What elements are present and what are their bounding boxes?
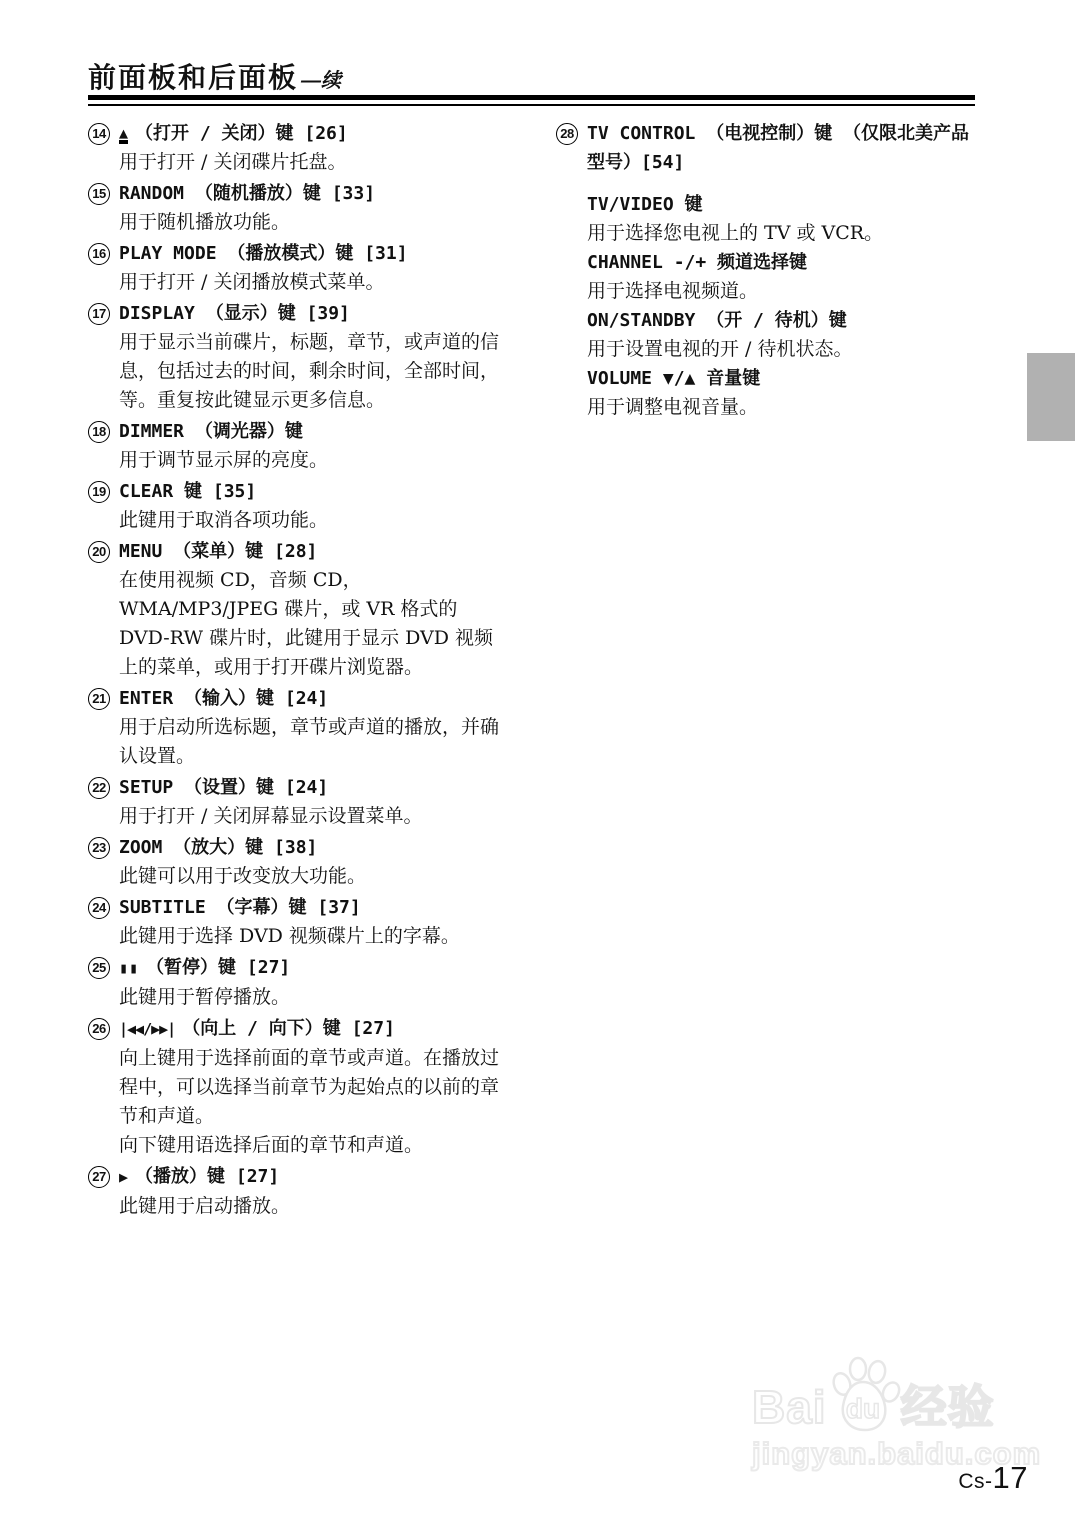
key-title: |◀◀/▶▶|（向上 / 向下）键 [27]: [119, 1014, 512, 1044]
sub-key: CHANNEL -/+ 频道选择键 用于选择电视频道。: [587, 248, 980, 306]
sub-key-description: 用于选择电视频道。: [587, 277, 980, 306]
key-item: 25 ▮▮（暂停）键 [27] 此键用于暂停播放。: [88, 953, 512, 1012]
page-title: 前面板和后面板—续: [88, 56, 341, 96]
key-description: 用于打开 / 关闭播放模式菜单。: [119, 268, 512, 297]
key-item: 24 SUBTITLE （字幕）键 [37] 此键用于选择 DVD 视频碟片上的…: [88, 893, 512, 951]
key-title: ENTER （输入）键 [24]: [119, 684, 512, 713]
key-description: 向下键用语选择后面的章节和声道。: [119, 1131, 512, 1160]
header-rule-thin: [88, 104, 975, 106]
page-number-prefix: Cs-: [958, 1470, 992, 1494]
key-title-text: DISPLAY （显示）键 [39]: [119, 303, 350, 324]
item-number-badge: 23: [88, 837, 110, 859]
baidu-logo: Bai du 经验: [752, 1356, 1042, 1430]
key-title: SUBTITLE （字幕）键 [37]: [119, 893, 512, 922]
key-title-text: RANDOM （随机播放）键 [33]: [119, 183, 375, 204]
key-title: MENU （菜单）键 [28]: [119, 537, 512, 566]
item-number-badge: 21: [88, 688, 110, 710]
key-title-text: DIMMER （调光器）键: [119, 421, 303, 442]
key-title: ▮▮（暂停）键 [27]: [119, 953, 512, 983]
page-number: Cs- 17: [958, 1460, 1028, 1496]
key-item: 15 RANDOM （随机播放）键 [33] 用于随机播放功能。: [88, 179, 512, 237]
key-title-text: CLEAR 键 [35]: [119, 481, 256, 502]
key-item: 16 PLAY MODE （播放模式）键 [31] 用于打开 / 关闭播放模式菜…: [88, 239, 512, 297]
key-item: 14 ▲（打开 / 关闭）键 [26] 用于打开 / 关闭碟片托盘。: [88, 119, 512, 177]
sub-key: ON/STANDBY （开 / 待机）键 用于设置电视的开 / 待机状态。: [587, 306, 980, 364]
key-item-body: SETUP （设置）键 [24] 用于打开 / 关闭屏幕显示设置菜单。: [119, 773, 512, 831]
page-number-value: 17: [993, 1460, 1028, 1496]
key-item-body: ▲（打开 / 关闭）键 [26] 用于打开 / 关闭碟片托盘。: [119, 119, 512, 177]
item-number-badge: 24: [88, 897, 110, 919]
key-item-body: DISPLAY （显示）键 [39] 用于显示当前碟片，标题，章节，或声道的信息…: [119, 299, 512, 415]
item-number-badge: 15: [88, 183, 110, 205]
sub-key-title: VOLUME ▼/▲ 音量键: [587, 364, 980, 393]
baidu-logo-cn: 经验: [901, 1384, 995, 1430]
key-title: DIMMER （调光器）键: [119, 417, 512, 446]
header-rule-thick: [88, 95, 975, 100]
key-item: 20 MENU （菜单）键 [28] 在使用视频 CD，音频 CD，WMA/MP…: [88, 537, 512, 682]
key-title: TV CONTROL （电视控制）键 （仅限北美产品型号）[54]: [587, 119, 980, 177]
item-number-badge: 19: [88, 481, 110, 503]
key-description: 向上键用于选择前面的章节或声道。在播放过程中，可以选择当前章节为起始点的以前的章…: [119, 1044, 512, 1131]
manual-page: 前面板和后面板—续 14 ▲（打开 / 关闭）键 [26] 用于打开 / 关闭碟…: [0, 0, 1075, 1517]
item-number-badge: 18: [88, 421, 110, 443]
key-item: 21 ENTER （输入）键 [24] 用于启动所选标题，章节或声道的播放，并确…: [88, 684, 512, 771]
key-title-text: PLAY MODE （播放模式）键 [31]: [119, 243, 408, 264]
sub-key-title: ON/STANDBY （开 / 待机）键: [587, 306, 980, 335]
baidu-paw-text: du: [845, 1393, 879, 1424]
key-description: 用于打开 / 关闭屏幕显示设置菜单。: [119, 802, 512, 831]
section-tab: [1027, 353, 1075, 441]
key-item-body: |◀◀/▶▶|（向上 / 向下）键 [27] 向上键用于选择前面的章节或声道。在…: [119, 1014, 512, 1160]
key-item: 19 CLEAR 键 [35] 此键用于取消各项功能。: [88, 477, 512, 535]
key-item: 17 DISPLAY （显示）键 [39] 用于显示当前碟片，标题，章节，或声道…: [88, 299, 512, 415]
key-title: CLEAR 键 [35]: [119, 477, 512, 506]
key-title: ZOOM （放大）键 [38]: [119, 833, 512, 862]
item-number-badge: 27: [88, 1166, 110, 1188]
key-title: PLAY MODE （播放模式）键 [31]: [119, 239, 512, 268]
key-item: 18 DIMMER （调光器）键 用于调节显示屏的亮度。: [88, 417, 512, 475]
key-description: 在使用视频 CD，音频 CD，WMA/MP3/JPEG 碟片，或 VR 格式的 …: [119, 566, 512, 682]
page-title-suffix: —续: [301, 70, 341, 92]
sub-key-description: 用于调整电视音量。: [587, 393, 980, 422]
play-icon: ▶: [119, 1168, 128, 1186]
key-description: 此键用于取消各项功能。: [119, 506, 512, 535]
baidu-paw-icon: du: [825, 1356, 901, 1436]
baidu-watermark: Bai du 经验 jingyan.baidu.com: [752, 1356, 1042, 1469]
key-description: 用于启动所选标题，章节或声道的播放，并确认设置。: [119, 713, 512, 771]
key-title-text: MENU （菜单）键 [28]: [119, 541, 317, 562]
key-item-body: ENTER （输入）键 [24] 用于启动所选标题，章节或声道的播放，并确认设置…: [119, 684, 512, 771]
key-description: 用于调节显示屏的亮度。: [119, 446, 512, 475]
sub-key-title: TV/VIDEO 键: [587, 190, 980, 219]
key-title-text: （向上 / 向下）键 [27]: [182, 1018, 395, 1039]
page-title-text: 前面板和后面板: [88, 62, 298, 93]
key-item: 22 SETUP （设置）键 [24] 用于打开 / 关闭屏幕显示设置菜单。: [88, 773, 512, 831]
item-number-badge: 17: [88, 303, 110, 325]
key-item-body: MENU （菜单）键 [28] 在使用视频 CD，音频 CD，WMA/MP3/J…: [119, 537, 512, 682]
key-title-text: SUBTITLE （字幕）键 [37]: [119, 897, 361, 918]
key-description: 此键用于暂停播放。: [119, 983, 512, 1012]
key-description: 用于打开 / 关闭碟片托盘。: [119, 148, 512, 177]
key-title-text: （暂停）键 [27]: [146, 957, 290, 978]
key-title-text: （播放）键 [27]: [135, 1166, 279, 1187]
item-number-badge: 28: [556, 123, 578, 145]
key-item-body: DIMMER （调光器）键 用于调节显示屏的亮度。: [119, 417, 512, 475]
key-title-text: TV CONTROL （电视控制）键 （仅限北美产品型号）[54]: [587, 123, 969, 173]
item-number-badge: 16: [88, 243, 110, 265]
sub-key-description: 用于设置电视的开 / 待机状态。: [587, 335, 980, 364]
key-title: ▶（播放）键 [27]: [119, 1162, 512, 1192]
right-column: 28 TV CONTROL （电视控制）键 （仅限北美产品型号）[54] TV/…: [556, 119, 980, 424]
sub-key: TV/VIDEO 键 用于选择您电视上的 TV 或 VCR。: [587, 190, 980, 248]
item-number-badge: 22: [88, 777, 110, 799]
key-item-body: CLEAR 键 [35] 此键用于取消各项功能。: [119, 477, 512, 535]
item-number-badge: 25: [88, 957, 110, 979]
left-column: 14 ▲（打开 / 关闭）键 [26] 用于打开 / 关闭碟片托盘。 15 RA…: [88, 119, 512, 1223]
key-title-text: ENTER （输入）键 [24]: [119, 688, 328, 709]
key-title: ▲（打开 / 关闭）键 [26]: [119, 119, 512, 148]
key-title: DISPLAY （显示）键 [39]: [119, 299, 512, 328]
key-item: 23 ZOOM （放大）键 [38] 此键可以用于改变放大功能。: [88, 833, 512, 891]
pause-icon: ▮▮: [119, 959, 139, 977]
key-item-body: ZOOM （放大）键 [38] 此键可以用于改变放大功能。: [119, 833, 512, 891]
baidu-logo-latin: Bai: [752, 1384, 827, 1430]
eject-icon: ▲: [119, 127, 128, 144]
sub-key: VOLUME ▼/▲ 音量键 用于调整电视音量。: [587, 364, 980, 422]
key-title: RANDOM （随机播放）键 [33]: [119, 179, 512, 208]
key-item-body: ▮▮（暂停）键 [27] 此键用于暂停播放。: [119, 953, 512, 1012]
key-description: 此键用于启动播放。: [119, 1192, 512, 1221]
key-item-body: TV CONTROL （电视控制）键 （仅限北美产品型号）[54] TV/VID…: [587, 119, 980, 422]
item-number-badge: 14: [88, 123, 110, 145]
key-description: 此键可以用于改变放大功能。: [119, 862, 512, 891]
key-item-body: PLAY MODE （播放模式）键 [31] 用于打开 / 关闭播放模式菜单。: [119, 239, 512, 297]
key-description: 用于显示当前碟片，标题，章节，或声道的信息，包括过去的时间，剩余时间，全部时间，…: [119, 328, 512, 415]
key-item: 28 TV CONTROL （电视控制）键 （仅限北美产品型号）[54] TV/…: [556, 119, 980, 422]
key-title-text: （打开 / 关闭）键 [26]: [135, 123, 348, 144]
key-item-body: ▶（播放）键 [27] 此键用于启动播放。: [119, 1162, 512, 1221]
key-title: SETUP （设置）键 [24]: [119, 773, 512, 802]
key-item: 27 ▶（播放）键 [27] 此键用于启动播放。: [88, 1162, 512, 1221]
key-description: 此键用于选择 DVD 视频碟片上的字幕。: [119, 922, 512, 951]
sub-key-description: 用于选择您电视上的 TV 或 VCR。: [587, 219, 980, 248]
key-item: 26 |◀◀/▶▶|（向上 / 向下）键 [27] 向上键用于选择前面的章节或声…: [88, 1014, 512, 1160]
item-number-badge: 20: [88, 541, 110, 563]
key-description: 用于随机播放功能。: [119, 208, 512, 237]
item-number-badge: 26: [88, 1018, 110, 1040]
sub-key-title: CHANNEL -/+ 频道选择键: [587, 248, 980, 277]
key-item-body: SUBTITLE （字幕）键 [37] 此键用于选择 DVD 视频碟片上的字幕。: [119, 893, 512, 951]
skip-back-forward-icon: |◀◀/▶▶|: [119, 1020, 175, 1038]
key-title-text: SETUP （设置）键 [24]: [119, 777, 328, 798]
key-item-body: RANDOM （随机播放）键 [33] 用于随机播放功能。: [119, 179, 512, 237]
key-title-text: ZOOM （放大）键 [38]: [119, 837, 317, 858]
